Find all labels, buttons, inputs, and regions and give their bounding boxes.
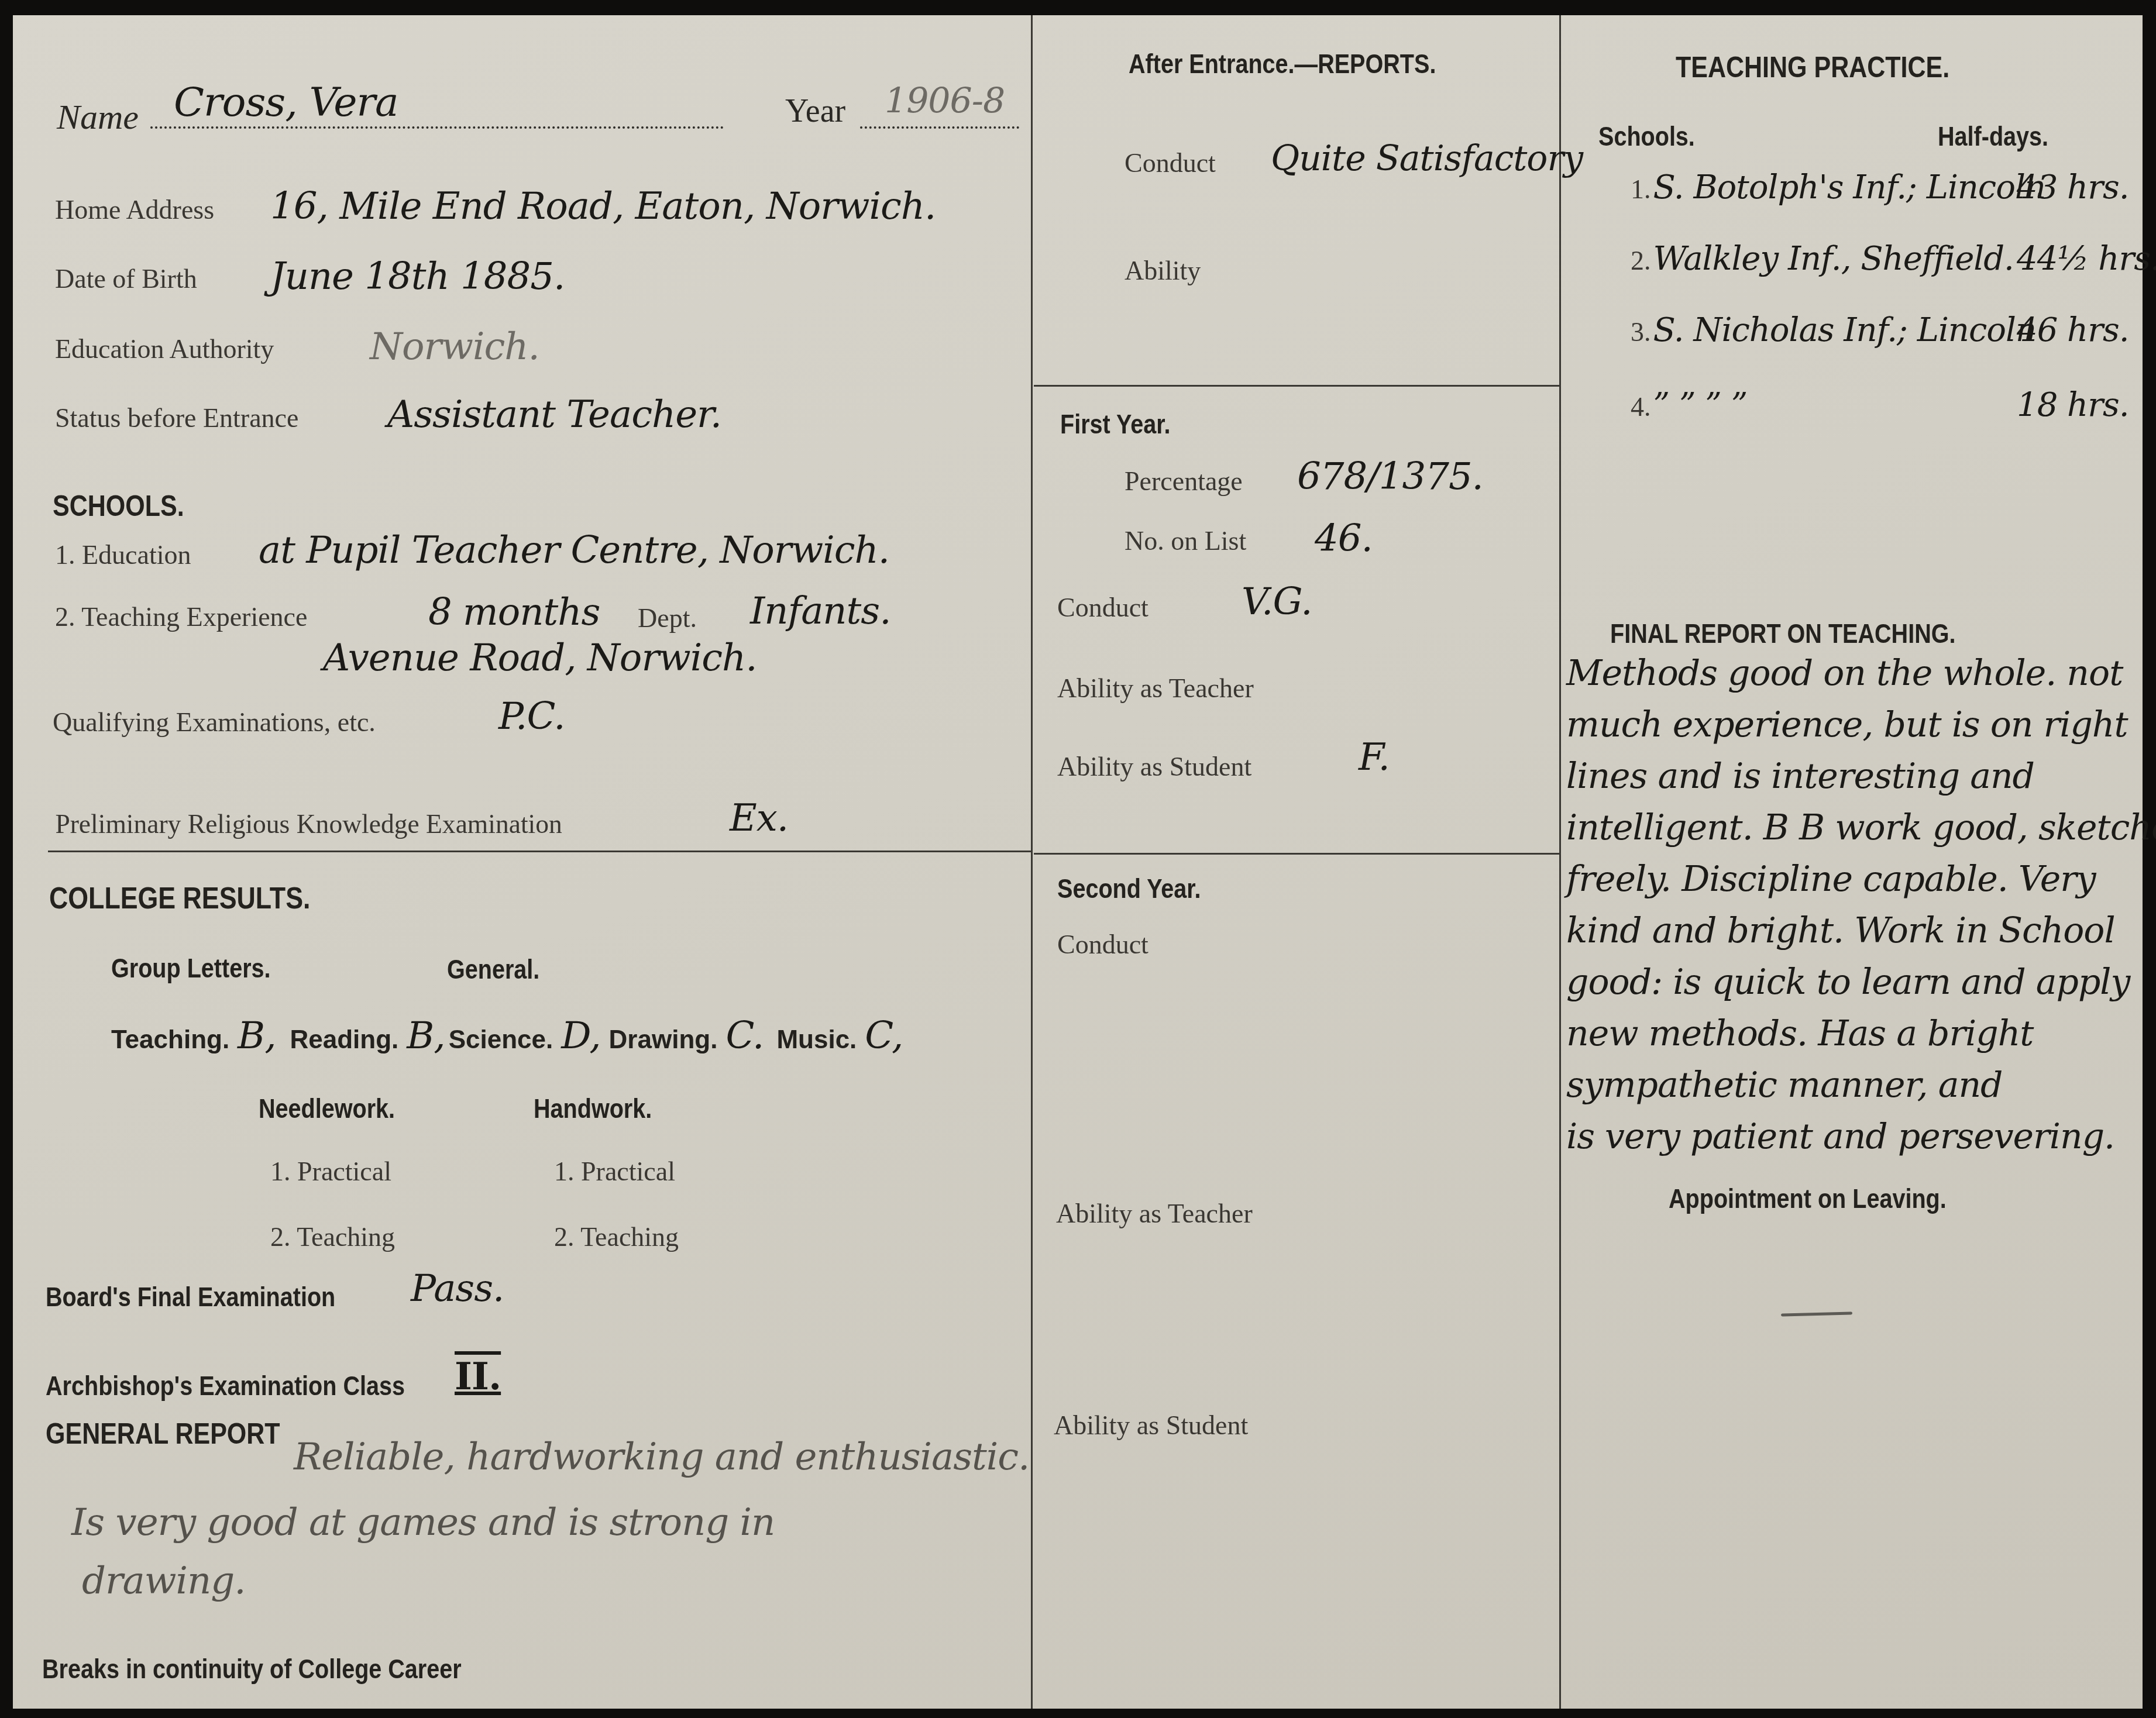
general-report-label: GENERAL REPORT [46, 1417, 280, 1451]
first-year-ability-teacher-label: Ability as Teacher [1057, 673, 1254, 704]
breaks-label: Breaks in continuity of College Career [42, 1653, 462, 1685]
final-report-heading: FINAL REPORT ON TEACHING. [1610, 618, 1955, 649]
final-report-line: kind and bright. Work in School [1566, 910, 2140, 962]
name-value: Cross, Vera [174, 80, 398, 126]
prelim-religious-value: Ex. [730, 797, 788, 840]
record-card: Name Cross, Vera Year 1906-8 Home Addres… [13, 15, 2143, 1709]
second-year-ability-student-label: Ability as Student [1054, 1410, 1248, 1441]
teaching-practice-row: 4. ” ” ” ” 18 hrs. [1631, 386, 2134, 424]
column-divider-left [1031, 15, 1033, 1709]
status-before-entrance-label: Status before Entrance [55, 402, 298, 433]
general-report-line-2: Is very good at games and is strong in [71, 1501, 775, 1544]
grade-subject-drawing: Drawing. [609, 1025, 718, 1055]
grade-subject-music: Music. [776, 1025, 857, 1055]
middle-divider-1 [1034, 385, 1559, 387]
college-results-heading: COLLEGE RESULTS. [49, 881, 310, 916]
grade-value-music: C, [865, 1014, 903, 1058]
final-report-line: intelligent. B B work good, sketches [1566, 807, 2140, 859]
group-letters-label: Group Letters. [111, 952, 271, 984]
grade-subject-science: Science. [449, 1025, 553, 1055]
left-section-divider [48, 851, 1031, 852]
needlework-label: Needlework. [259, 1093, 395, 1124]
grade-value-science: D, [561, 1014, 600, 1058]
first-year-ability-student-label: Ability as Student [1057, 751, 1251, 782]
first-year-ability-student-value: F. [1359, 736, 1390, 779]
after-entrance-heading: After Entrance.—REPORTS. [1129, 48, 1436, 80]
grade-value-teaching: B, [238, 1014, 276, 1058]
qualifying-exams-value: P.C. [498, 695, 565, 738]
row-number: 1. [1631, 174, 1651, 204]
no-on-list-value: 46. [1315, 517, 1373, 560]
grade-subject-reading: Reading. [290, 1025, 398, 1055]
row-number: 2. [1631, 246, 1651, 276]
prelim-religious-label: Preliminary Religious Knowledge Examinat… [55, 808, 562, 839]
grade-value-drawing: C. [725, 1014, 764, 1058]
final-report-line: freely. Discipline capable. Very [1566, 859, 2140, 910]
education-value: at Pupil Teacher Centre, Norwich. [259, 529, 889, 572]
final-report-line: good: is quick to learn and apply [1566, 962, 2140, 1013]
row-school: Walkley Inf., Sheffield. [1653, 240, 2014, 278]
final-report-line: much experience, but is on right [1566, 704, 2140, 756]
row-half-days: 46 hrs. [2017, 311, 2129, 349]
name-dotted-line [150, 126, 724, 129]
name-label: Name [57, 97, 139, 137]
handwork-teaching: 2. Teaching [554, 1221, 679, 1252]
grades-row: Teaching. B, Reading. B, Science. D, Dra… [111, 1014, 903, 1058]
after-entrance-ability-label: Ability [1125, 255, 1201, 286]
year-label: Year [785, 92, 845, 130]
teaching-experience-label: 2. Teaching Experience [55, 601, 307, 632]
appointment-dash [1781, 1311, 1852, 1316]
qualifying-exams-label: Qualifying Examinations, etc. [53, 707, 376, 738]
date-of-birth-value: June 18th 1885. [270, 255, 565, 298]
handwork-label: Handwork. [534, 1093, 652, 1124]
teaching-practice-heading: TEACHING PRACTICE. [1676, 50, 1949, 84]
no-on-list-label: No. on List [1125, 525, 1246, 556]
education-label: 1. Education [55, 539, 191, 570]
dept-value: Infants. [750, 590, 890, 633]
teaching-practice-row: 2. Walkley Inf., Sheffield. 44½ hrs. [1631, 240, 2134, 278]
middle-divider-2 [1034, 853, 1559, 855]
dept-label: Dept. [638, 602, 697, 634]
date-of-birth-label: Date of Birth [55, 263, 197, 294]
final-report-line: lines and is interesting and [1566, 756, 2140, 807]
appointment-heading: Appointment on Leaving. [1669, 1183, 1947, 1214]
half-days-column-label: Half-days. [1938, 120, 2048, 152]
needlework-practical: 1. Practical [270, 1156, 391, 1187]
schools-column-label: Schools. [1598, 120, 1695, 152]
archbishops-value: II. [455, 1355, 501, 1399]
percentage-value: 678/1375. [1297, 455, 1483, 498]
general-report-line-1: Reliable, hardworking and enthusiastic. [294, 1435, 1029, 1479]
row-number: 3. [1631, 317, 1651, 347]
second-year-ability-teacher-label: Ability as Teacher [1056, 1198, 1253, 1229]
first-year-conduct-value: V.G. [1242, 580, 1312, 624]
schools-heading: SCHOOLS. [53, 489, 184, 523]
final-report-line: Methods good on the whole. not [1566, 653, 2140, 704]
education-authority-label: Education Authority [55, 333, 274, 364]
column-divider-right [1559, 15, 1561, 1709]
general-report-line-3: drawing. [82, 1559, 246, 1603]
year-dotted-line [860, 126, 1019, 129]
second-year-heading: Second Year. [1057, 873, 1201, 904]
teaching-practice-row: 1. S. Botolph's Inf.; Lincoln 43 hrs. [1631, 168, 2134, 206]
final-report-text: Methods good on the whole. not much expe… [1566, 653, 2140, 1168]
year-value: 1906-8 [885, 81, 1005, 122]
education-authority-value: Norwich. [370, 325, 539, 369]
grade-value-reading: B, [407, 1014, 445, 1058]
home-address-value: 16, Mile End Road, Eaton, Norwich. [270, 185, 936, 228]
boards-final-label: Board's Final Examination [46, 1281, 335, 1313]
row-half-days: 18 hrs. [2017, 386, 2129, 424]
general-label: General. [447, 953, 539, 985]
final-report-line: sympathetic manner, and [1566, 1065, 2140, 1116]
teaching-experience-school: Avenue Road, Norwich. [323, 636, 757, 680]
final-report-line: is very patient and persevering. [1566, 1116, 2140, 1168]
home-address-label: Home Address [55, 194, 214, 225]
row-half-days: 44½ hrs. [2017, 240, 2156, 278]
status-before-entrance-value: Assistant Teacher. [387, 393, 721, 436]
boards-final-value: Pass. [411, 1267, 504, 1310]
archbishops-label: Archbishop's Examination Class [46, 1370, 405, 1402]
row-school: S. Botolph's Inf.; Lincoln [1653, 168, 2045, 206]
second-year-conduct-label: Conduct [1057, 929, 1149, 960]
row-school: ” ” ” ” [1653, 386, 1748, 424]
handwork-practical: 1. Practical [554, 1156, 675, 1187]
first-year-heading: First Year. [1060, 408, 1170, 440]
row-number: 4. [1631, 392, 1651, 422]
row-half-days: 43 hrs. [2017, 168, 2129, 206]
after-entrance-conduct-value: Quite Satisfactory [1271, 138, 1583, 179]
row-school: S. Nicholas Inf.; Lincoln [1653, 311, 2036, 349]
grade-subject-teaching: Teaching. [111, 1025, 229, 1055]
final-report-line: new methods. Has a bright [1566, 1013, 2140, 1065]
needlework-teaching: 2. Teaching [270, 1221, 395, 1252]
teaching-experience-value: 8 months [428, 591, 600, 634]
percentage-label: Percentage [1125, 466, 1243, 497]
first-year-conduct-label: Conduct [1057, 592, 1149, 623]
teaching-practice-row: 3. S. Nicholas Inf.; Lincoln 46 hrs. [1631, 311, 2134, 349]
after-entrance-conduct-label: Conduct [1125, 147, 1216, 178]
